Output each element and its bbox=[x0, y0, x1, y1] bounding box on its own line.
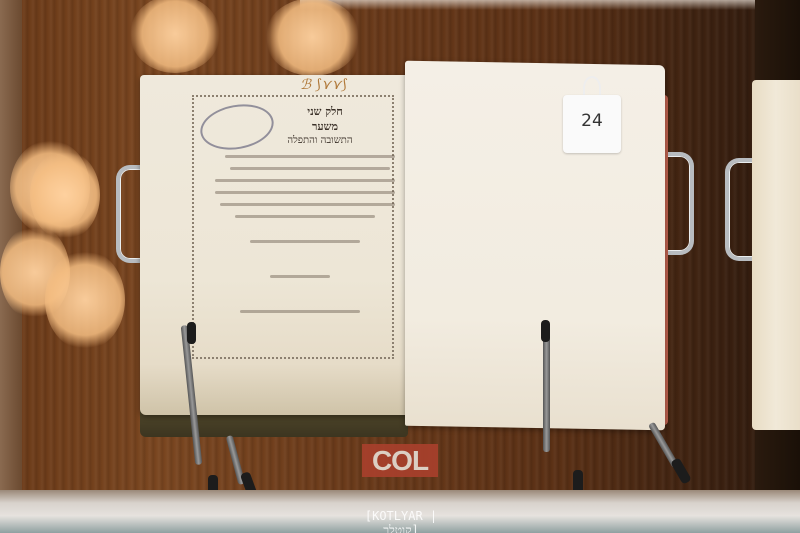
col-logo-text: COL bbox=[372, 445, 428, 477]
text-line bbox=[215, 191, 395, 194]
book-right-blank-page bbox=[405, 61, 665, 431]
text-line bbox=[240, 310, 360, 313]
stand-clip bbox=[541, 320, 550, 342]
text-line bbox=[250, 240, 360, 243]
text-line bbox=[220, 203, 395, 206]
photo-scene: ℬ ⟆⋎⋎⟆ חלק שני משער התשובה והתפלה 24 COL… bbox=[0, 0, 800, 533]
col-logo-watermark: COL bbox=[362, 444, 438, 477]
title-line-2: משער bbox=[260, 120, 390, 133]
title-line-3: התשובה והתפלה bbox=[240, 135, 400, 146]
text-line bbox=[215, 179, 395, 182]
photo-credit: [KOTLYAR | קוטלר] bbox=[349, 509, 453, 533]
number-tag: 24 bbox=[563, 95, 621, 153]
text-line bbox=[235, 215, 375, 218]
book-left-title-page: ℬ ⟆⋎⋎⟆ חלק שני משער התשובה והתפלה bbox=[140, 75, 408, 415]
text-line bbox=[270, 275, 330, 278]
handwritten-signature: ℬ ⟆⋎⋎⟆ bbox=[300, 77, 347, 93]
title-line-1: חלק שני bbox=[260, 105, 390, 118]
text-line bbox=[230, 167, 390, 170]
bokeh-light bbox=[45, 250, 125, 350]
tag-number: 24 bbox=[563, 111, 621, 131]
case-top-light bbox=[300, 0, 760, 10]
text-line bbox=[225, 155, 395, 158]
book-far-right bbox=[752, 80, 800, 430]
stand-foot bbox=[670, 457, 692, 485]
bokeh-light bbox=[265, 0, 360, 76]
bokeh-light bbox=[130, 0, 220, 73]
stand-clip bbox=[187, 322, 196, 344]
